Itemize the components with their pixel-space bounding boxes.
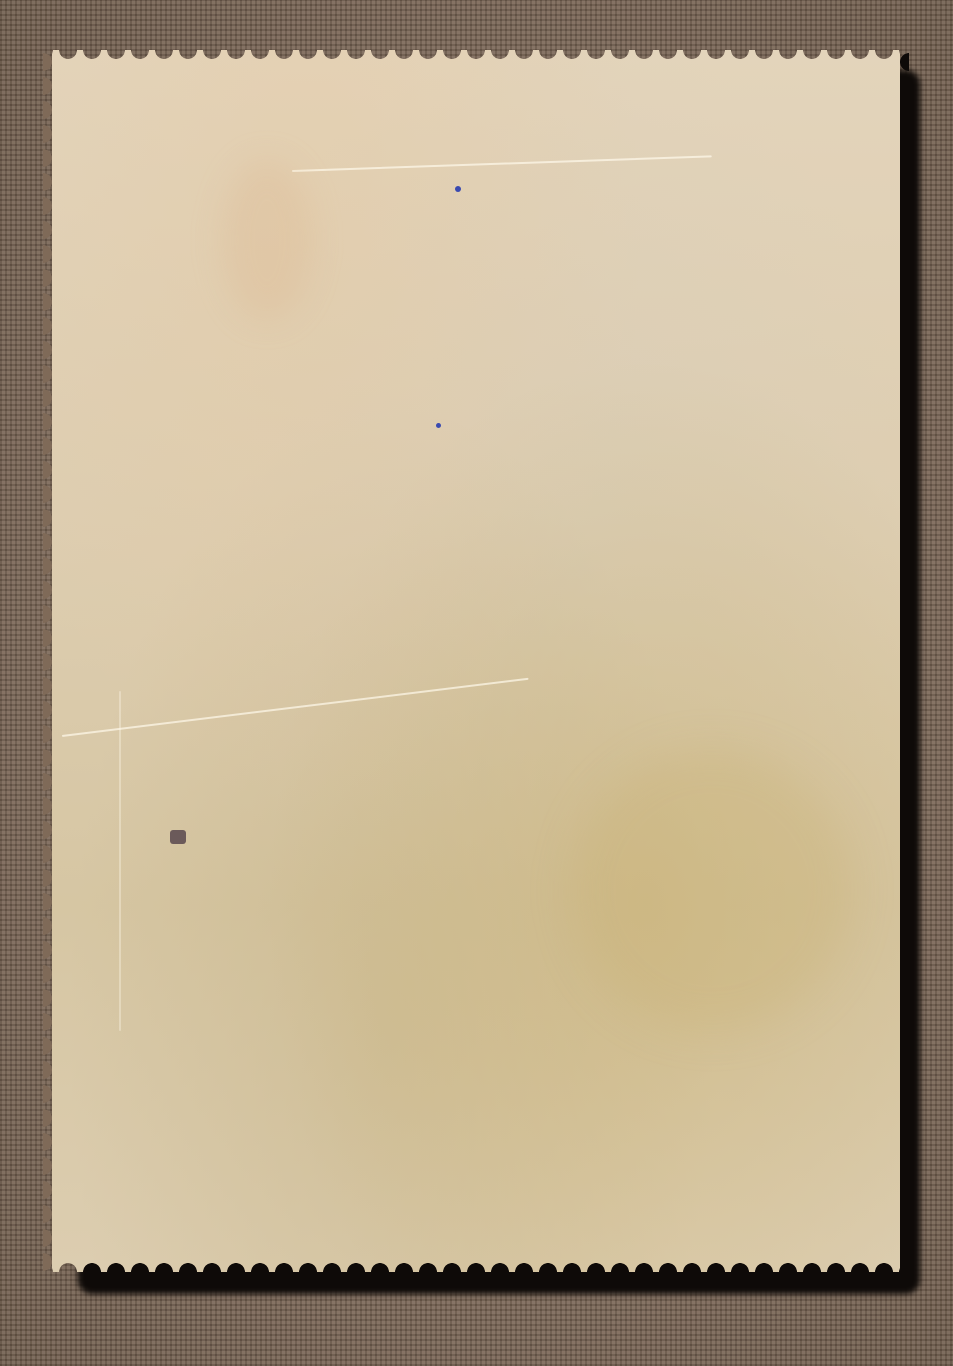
ink-spot [455, 186, 461, 192]
perforation-right [891, 50, 909, 1272]
paper-crease-vertical [119, 691, 121, 1031]
stamp-back [52, 50, 900, 1272]
paper-crease-middle [62, 678, 529, 737]
dark-mark [170, 830, 186, 844]
stain [222, 160, 312, 320]
perforation-left [43, 50, 61, 1272]
ink-spot [436, 423, 441, 428]
paper-crease-top [292, 155, 712, 172]
stain [572, 750, 852, 1030]
